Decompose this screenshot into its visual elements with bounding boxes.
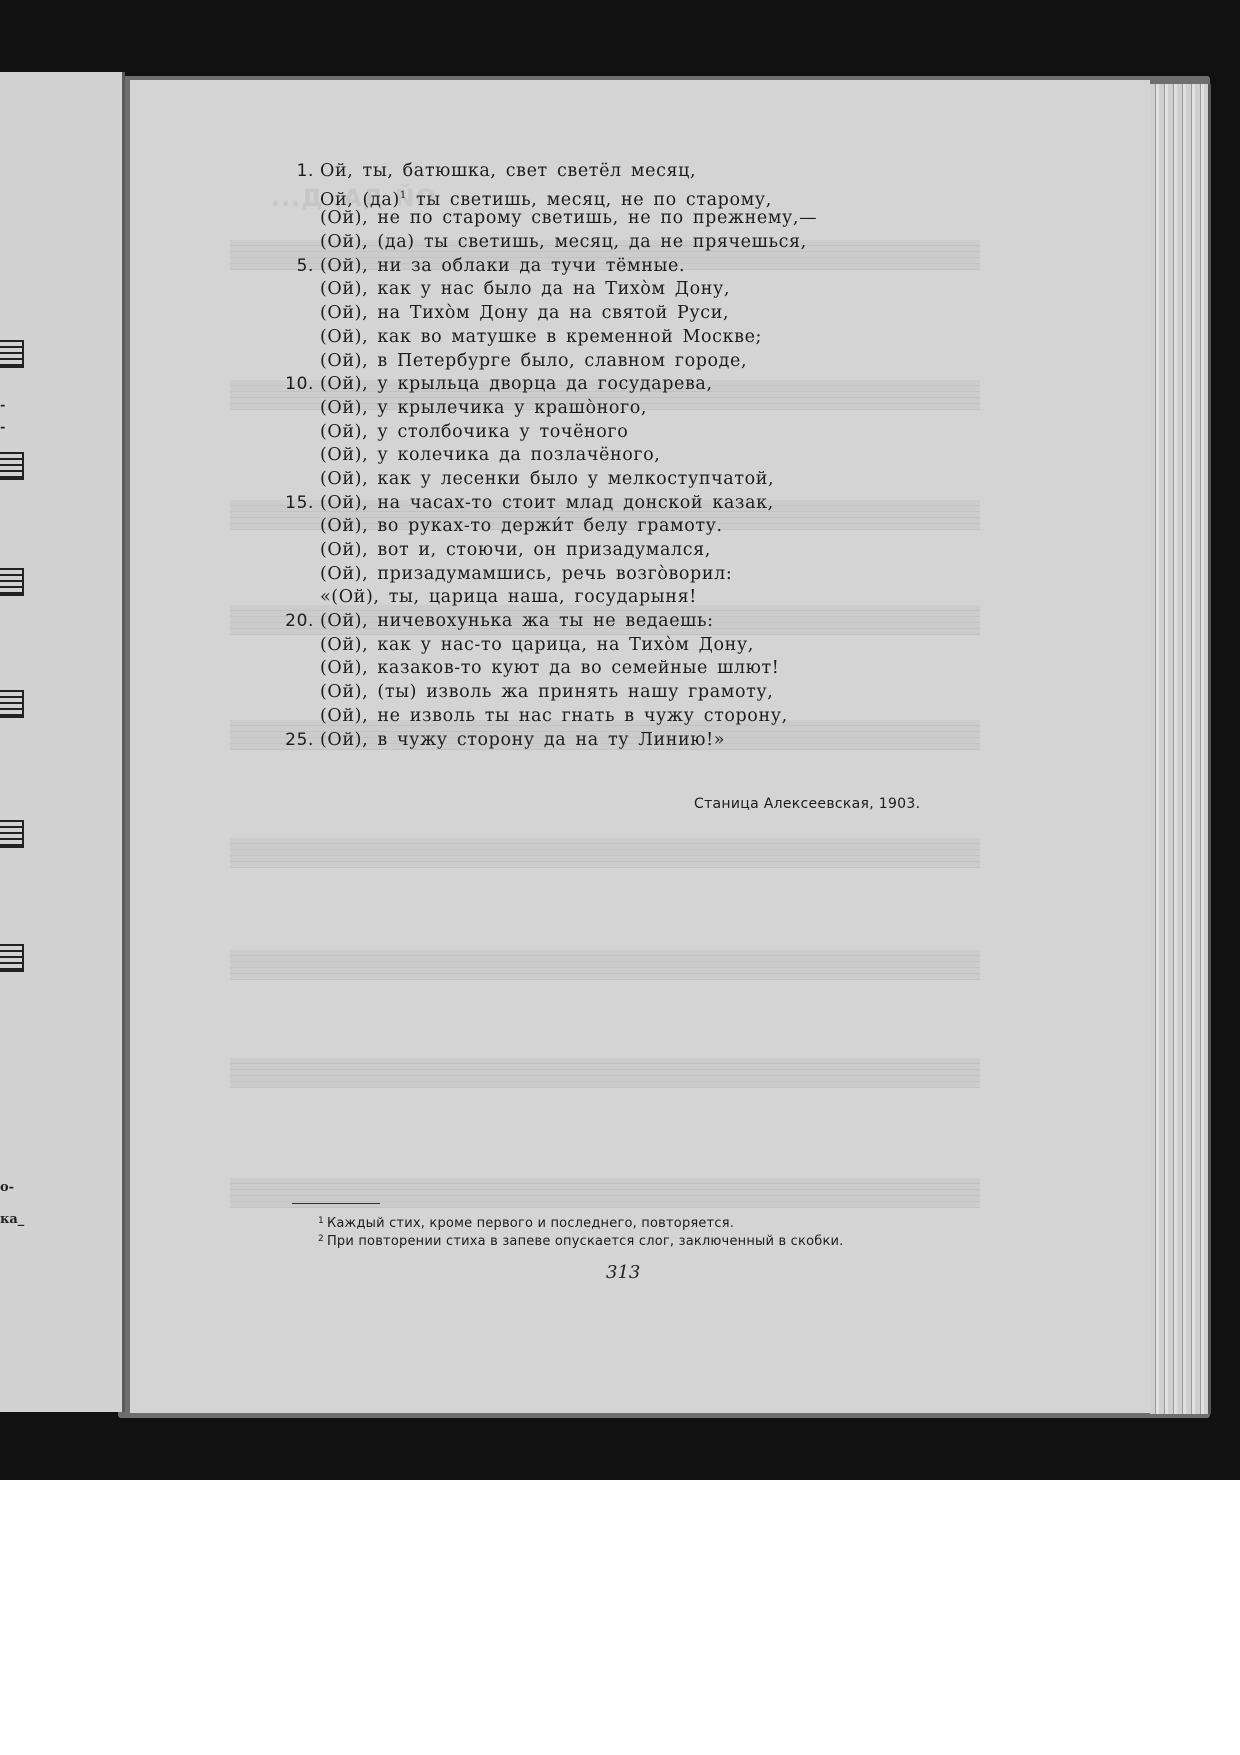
footnote-marker: 1 [400,190,407,201]
source-note: Станица Алексеевская, 1903. [694,796,920,812]
line-text: (Ой), вот и, стоючи, он призадумался, [320,540,711,560]
poem-line: (Ой), в Петербурге было, славном городе, [320,350,817,374]
music-staff-fragment [0,340,24,368]
line-text: (Ой), у крылечика у крашòного, [320,398,647,418]
line-text: (Ой), не изволь ты нас гнать в чужу стор… [320,706,788,726]
poem-line: (Ой), на Тихòм Дону да на святой Руси, [320,302,817,326]
poem-line: 25. (Ой), в чужу сторону да на ту Линию!… [320,729,817,753]
line-number: 15. [285,492,314,516]
bleed-through-staff [230,838,980,868]
footnote: 2При повторении стиха в запеве опускаетс… [318,1230,843,1248]
line-text: (Ой), в Петербурге было, славном городе, [320,351,747,371]
footnote: 1Каждый стих, кроме первого и последнего… [318,1212,843,1230]
line-number: 10. [285,373,314,397]
poem-line: (Ой), (да) ты светишь, месяц, да не пряч… [320,231,817,255]
line-text: (Ой), в чужу сторону да на ту Линию!» [320,730,725,750]
line-number: 1. [297,160,314,184]
line-text: (Ой), не по старому светишь, не по прежн… [320,208,817,228]
line-text: (Ой), на часах-то стоит млад донской каз… [320,493,774,513]
line-text: (Ой), на Тихòм Дону да на святой Руси, [320,303,729,323]
line-number: 5. [297,255,314,279]
poem-line: (Ой), как у нас-то царица, на Тихòм Дону… [320,634,817,658]
text-fragment: о- [0,1180,14,1195]
line-number: 20. [285,610,314,634]
poem-line: (Ой), как во матушке в кременной Москве; [320,326,817,350]
line-text: Ой, ты, батюшка, свет светёл месяц, [320,161,696,181]
poem-line: (Ой), у крылечика у крашòного, [320,397,817,421]
footnote-mark: 1 [318,1216,324,1226]
poem-line: (Ой), не по старому светишь, не по прежн… [320,207,817,231]
footnote-text: При повторении стиха в запеве опускается… [327,1234,844,1249]
line-text: (Ой), (да) ты светишь, месяц, да не пряч… [320,232,807,252]
poem-line: (Ой), призадумамшись, речь возгòворил: [320,563,817,587]
footnote-divider [292,1203,380,1204]
left-page: - - о- ка_ [0,72,125,1412]
poem-line: 10. (Ой), у крыльца дворца да государева… [320,373,817,397]
music-staff-fragment [0,452,24,480]
text-fragment: - [0,420,5,435]
poem-line: 20. (Ой), ничевохунька жа ты не ведаешь: [320,610,817,634]
line-text: (Ой), как у нас было да на Тихòм Дону, [320,279,730,299]
line-text: (Ой), призадумамшись, речь возгòворил: [320,564,732,584]
footnotes: 1Каждый стих, кроме первого и последнего… [318,1212,843,1248]
poem-line: Ой, (да)1 ты светишь, месяц, не по старо… [320,184,817,208]
poem-line: (Ой), (ты) изволь жа принять нашу грамот… [320,681,817,705]
line-text: (Ой), казаков-то куют да во семейные шлю… [320,658,779,678]
poem-line: (Ой), вот и, стоючи, он призадумался, [320,539,817,563]
poem-line: (Ой), как у нас было да на Тихòм Дону, [320,278,817,302]
line-text: (Ой), у крыльца дворца да государева, [320,374,713,394]
poem-line: (Ой), у колечика да позлачёного, [320,444,817,468]
poem-line: (Ой), у столбочика у точёного [320,421,817,445]
poem-line: 5. (Ой), ни за облаки да тучи тёмные. [320,255,817,279]
poem-line: (Ой), как у лесенки было у мелкоступчато… [320,468,817,492]
text-fragment: - [0,398,5,413]
music-staff-fragment [0,820,24,848]
line-text: «(Ой), ты, царица наша, государыня! [320,587,697,607]
poem-line: (Ой), не изволь ты нас гнать в чужу стор… [320,705,817,729]
line-text: (Ой), как у нас-то царица, на Тихòм Дону… [320,635,754,655]
line-text: (Ой), ни за облаки да тучи тёмные. [320,256,685,276]
music-staff-fragment [0,944,24,972]
poem: 1. Ой, ты, батюшка, свет светёл месяц, О… [320,160,817,752]
line-text: (Ой), (ты) изволь жа принять нашу грамот… [320,682,773,702]
line-number: 25. [285,729,314,753]
bleed-through-staff [230,950,980,980]
bleed-through-staff [230,1058,980,1088]
poem-line: (Ой), казаков-то куют да во семейные шлю… [320,657,817,681]
poem-line: 15. (Ой), на часах-то стоит млад донской… [320,492,817,516]
line-text: (Ой), у столбочика у точёного [320,422,628,442]
line-text: (Ой), как у лесенки было у мелкоступчато… [320,469,774,489]
page-number: 313 [606,1262,640,1283]
poem-line: 1. Ой, ты, батюшка, свет светёл месяц, [320,160,817,184]
line-text: (Ой), во руках-то держи́т белу грамоту. [320,516,723,536]
page-edges [1150,84,1211,1414]
footnote-mark: 2 [318,1234,324,1244]
poem-line: «(Ой), ты, царица наша, государыня! [320,586,817,610]
line-text: (Ой), как во матушке в кременной Москве; [320,327,762,347]
music-staff-fragment [0,568,24,596]
text-fragment: ка_ [0,1212,24,1227]
footnote-text: Каждый стих, кроме первого и последнего,… [327,1216,734,1231]
poem-line: (Ой), во руках-то держи́т белу грамоту. [320,515,817,539]
line-text: (Ой), ничевохунька жа ты не ведаешь: [320,611,714,631]
line-text: (Ой), у колечика да позлачёного, [320,445,660,465]
music-staff-fragment [0,690,24,718]
